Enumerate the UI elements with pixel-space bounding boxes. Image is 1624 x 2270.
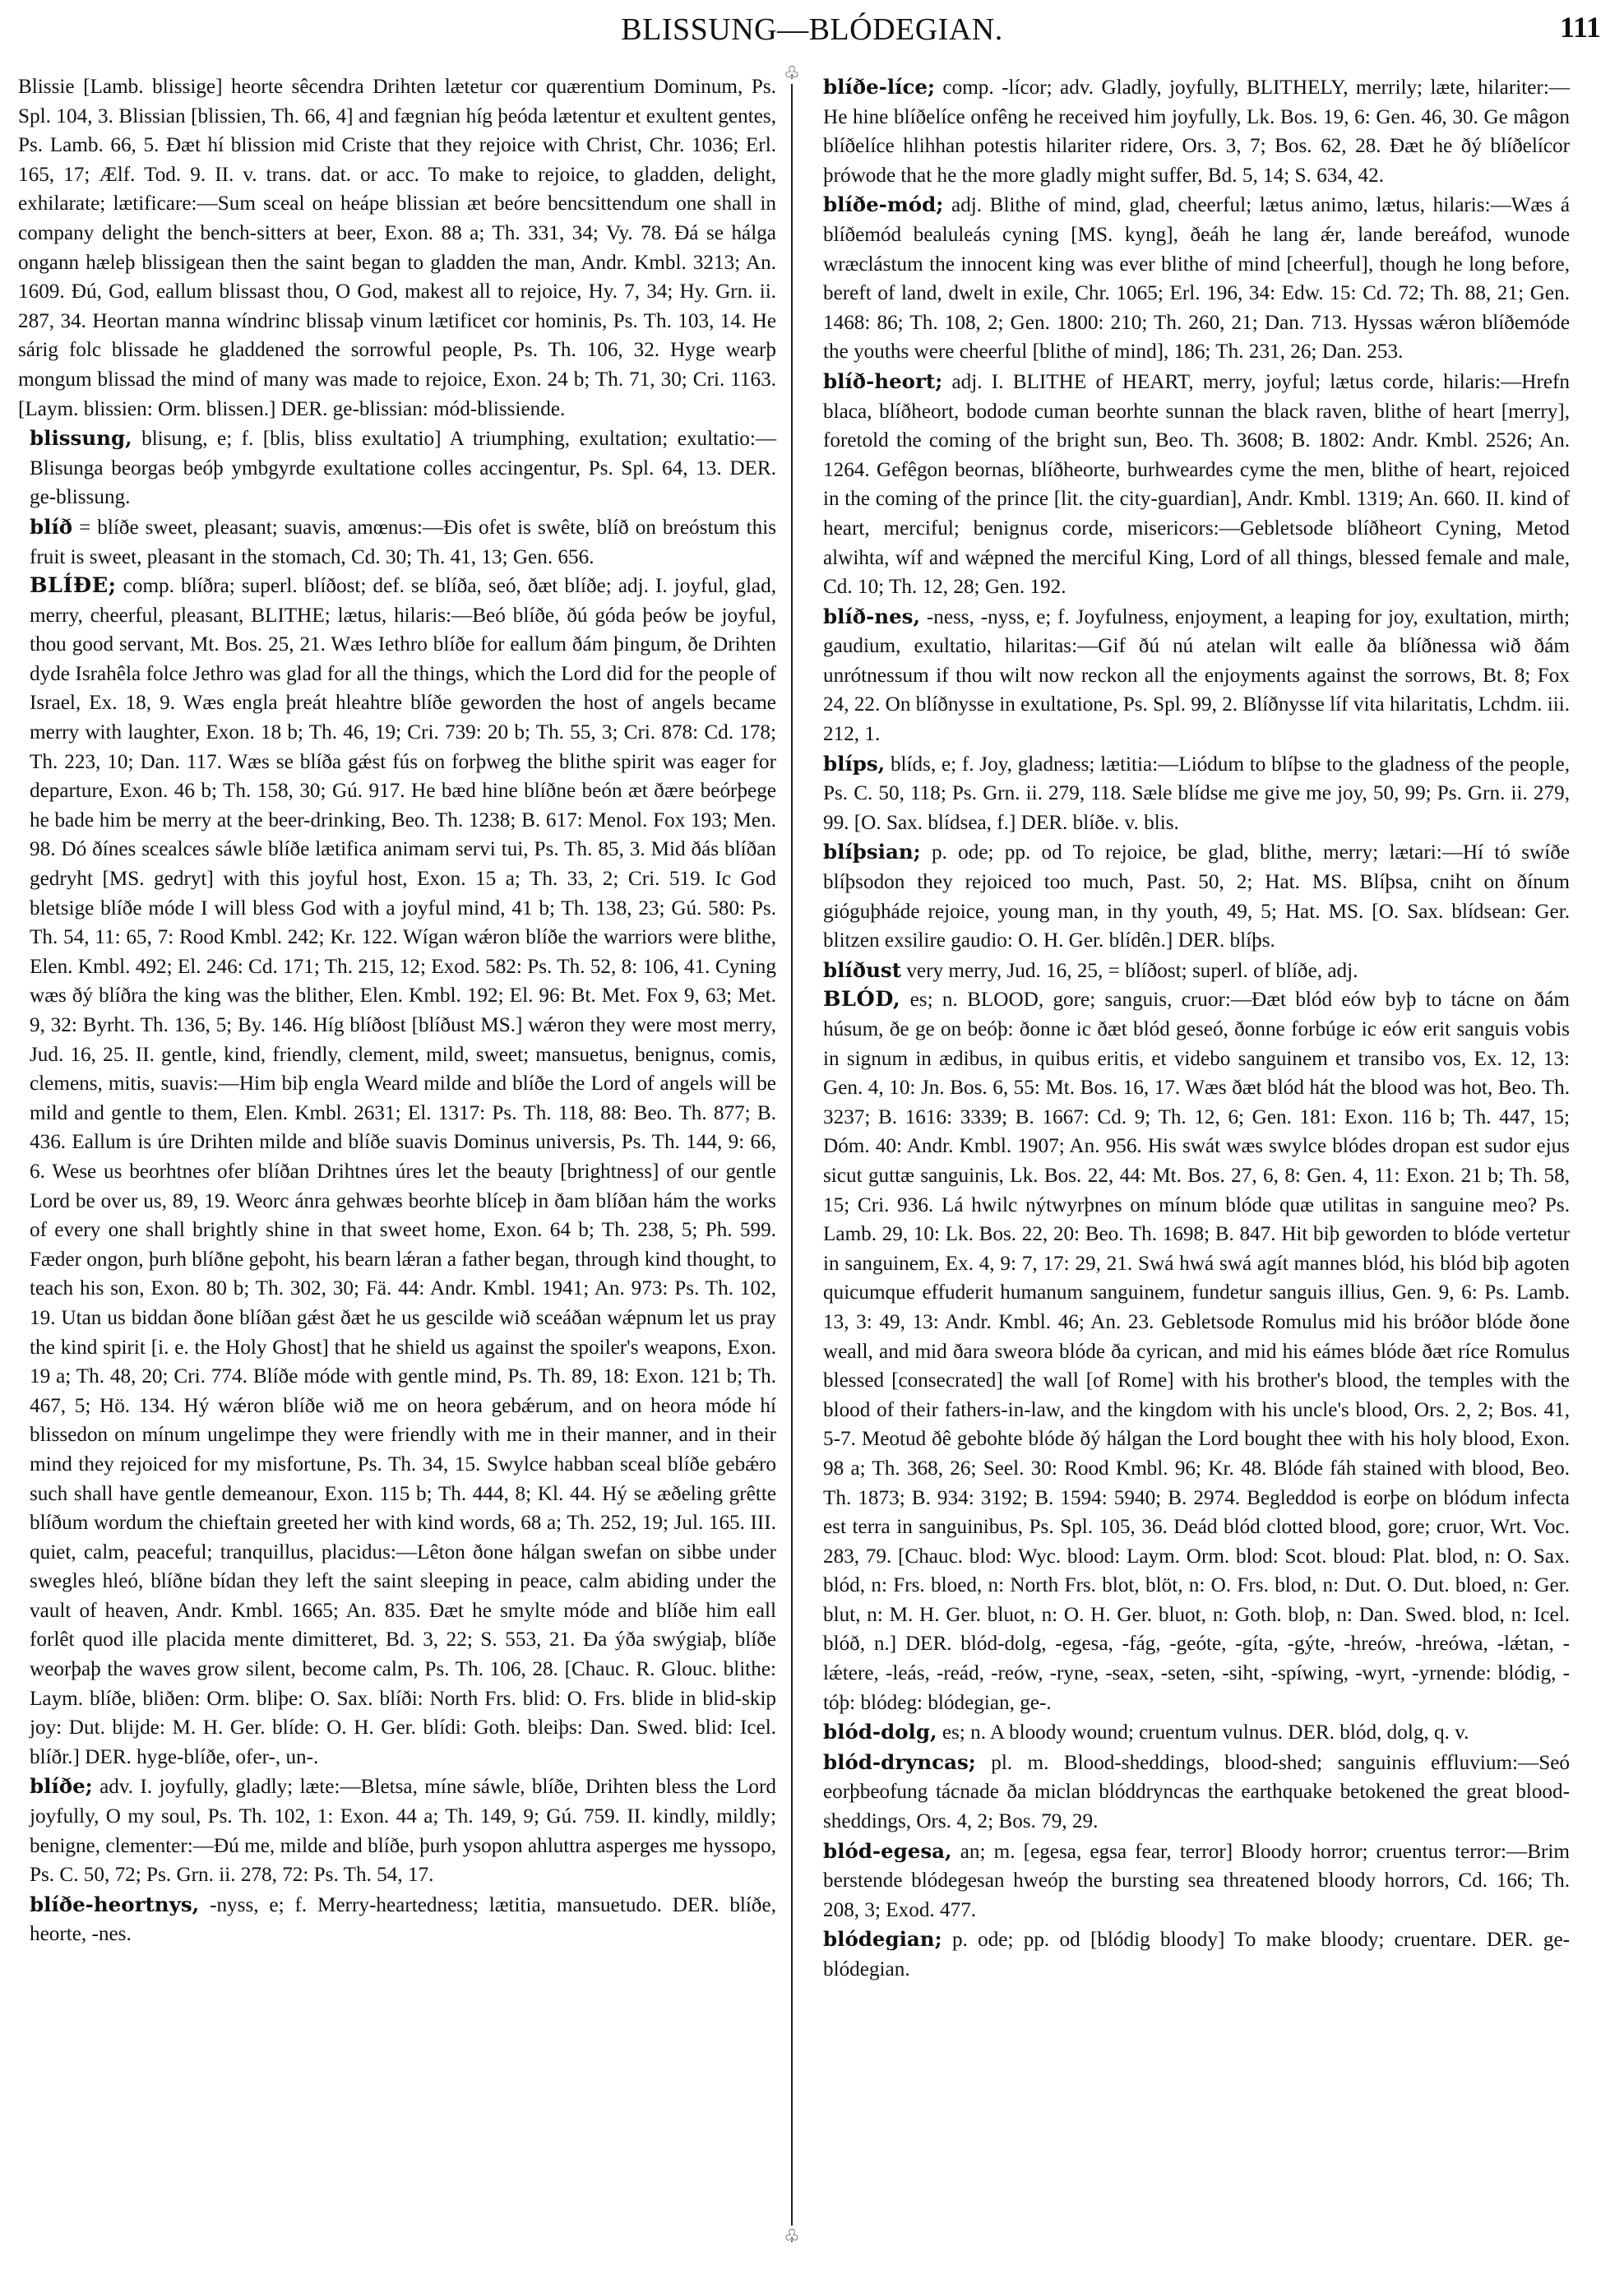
dictionary-entry-blid-nes: blíð-nes, -ness, -nyss, e; f. Joyfulness… [812, 602, 1570, 749]
headword: blíðe-líce; [823, 75, 935, 99]
headword: blódegian; [823, 1927, 942, 1951]
entry-text: very merry, Jud. 16, 25, = blíðost; supe… [906, 960, 1358, 982]
dictionary-entry-blod-egesa: blód-egesa, an; m. [egesa, egsa fear, te… [812, 1837, 1570, 1925]
entry-text: adj. I. BLITHE of HEART, merry, joyful; … [823, 371, 1570, 598]
dictionary-entry-blide-mod: blíðe-mód; adj. Blithe of mind, glad, ch… [812, 190, 1570, 367]
entry-text: Blissie [Lamb. blissige] heorte sêcendra… [18, 76, 776, 420]
entry-text: es; n. BLOOD, gore; sanguis, cruor:—Ðæt … [823, 989, 1570, 1713]
headword: blíð-heort; [823, 369, 942, 393]
entry-text: comp. -lícor; adv. Gladly, joyfully, BLI… [823, 76, 1570, 187]
headword: BLÓD, [823, 987, 900, 1012]
dictionary-entry-blide-heortnys: blíðe-heortnys, -nyss, e; f. Merry-heart… [18, 1890, 776, 1949]
page-number: 111 [0, 10, 1624, 44]
dictionary-entry-blide-adv: blíðe; adv. I. joyfully, gladly; læte:—B… [18, 1772, 776, 1889]
headword: blíðe-mód; [823, 192, 943, 216]
headword: blíps, [823, 752, 885, 776]
entry-text: -ness, -nyss, e; f. Joyfulness, enjoymen… [823, 606, 1570, 745]
dictionary-entry-blodegian: blódegian; p. ode; pp. od [blódig bloody… [812, 1925, 1570, 1984]
column-divider [791, 66, 793, 2245]
headword: blíðust [823, 958, 901, 982]
entry-text: adv. I. joyfully, gladly; læte:—Bletsa, … [30, 1776, 776, 1886]
headword: blíðe-heortnys, [30, 1892, 199, 1916]
dictionary-entry-blide-lice: blíðe-líce; comp. -lícor; adv. Gladly, j… [812, 72, 1570, 190]
ornament-top-icon: ♧ [783, 63, 801, 84]
entry-text: es; n. A bloody wound; cruentum vulnus. … [942, 1721, 1469, 1744]
dictionary-entry-blod-dolg: blód-dolg, es; n. A bloody wound; cruent… [812, 1717, 1570, 1748]
left-column: Blissie [Lamb. blissige] heorte sêcendra… [18, 72, 776, 1949]
dictionary-entry-blipsian: blíþsian; p. ode; pp. od To rejoice, be … [812, 837, 1570, 955]
dictionary-entry-blissian-continued: Blissie [Lamb. blissige] heorte sêcendra… [18, 72, 776, 424]
headword: blód-dryncas; [823, 1750, 976, 1774]
headword: blód-egesa, [823, 1839, 952, 1863]
headword: BLÍÐE; [30, 573, 117, 598]
page-header: BLISSUNG—BLÓDEGIAN. 111 [0, 0, 1624, 58]
dictionary-entry-blissung: blissung, blisung, e; f. [blis, bliss ex… [18, 424, 776, 512]
headword: blíðe; [30, 1774, 93, 1798]
dictionary-entry-blod: BLÓD, es; n. BLOOD, gore; sanguis, cruor… [812, 985, 1570, 1717]
entry-text: blíds, e; f. Joy, gladness; lætitia:—Lió… [823, 753, 1570, 834]
headword: blíþsian; [823, 840, 921, 864]
headword: blissung, [30, 426, 132, 450]
page-number-value: 111 [1560, 10, 1601, 44]
headword: blíð [30, 515, 72, 539]
dictionary-entry-blide-adj: BLÍÐE; comp. blíðra; superl. blíðost; de… [18, 572, 776, 1772]
dictionary-entry-blod-dryncas: blód-dryncas; pl. m. Blood-sheddings, bl… [812, 1748, 1570, 1837]
entry-text: comp. blíðra; superl. blíðost; def. se b… [30, 575, 776, 1768]
right-column: blíðe-líce; comp. -lícor; adv. Gladly, j… [812, 72, 1570, 1985]
entry-text: blisung, e; f. [blis, bliss exultatio] A… [30, 428, 776, 508]
entry-text: p. ode; pp. od To rejoice, be glad, blit… [823, 841, 1570, 952]
ornament-bottom-icon: ♧ [783, 2226, 801, 2247]
headword: blód-dolg, [823, 1720, 937, 1744]
dictionary-entry-blid: blíð = blíðe sweet, pleasant; suavis, am… [18, 512, 776, 572]
dictionary-entry-blips: blíps, blíds, e; f. Joy, gladness; lætit… [812, 749, 1570, 838]
dictionary-entry-blid-heort: blíð-heort; adj. I. BLITHE of HEART, mer… [812, 367, 1570, 602]
headword: blíð-nes, [823, 605, 920, 628]
entry-text: adj. Blithe of mind, glad, cheerful; læt… [823, 194, 1570, 363]
dictionary-entry-blidust: blíðust very merry, Jud. 16, 25, = blíðo… [812, 956, 1570, 986]
entry-text: = blíðe sweet, pleasant; suavis, amœnus:… [30, 517, 776, 568]
